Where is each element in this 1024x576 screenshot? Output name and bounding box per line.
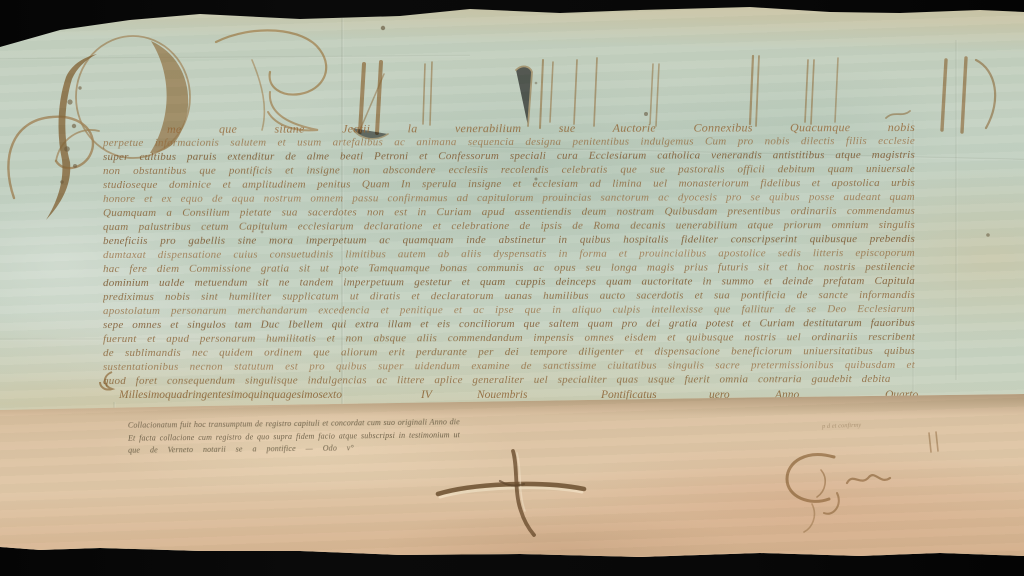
- vertical-crease: [955, 40, 958, 380]
- parchment-sheet: me que sitane Jeatii la venerabilium sue…: [0, 0, 1024, 576]
- photograph-of-charter: me que sitane Jeatii la venerabilium sue…: [0, 0, 1024, 576]
- script-line: quod foret consequendum singulisque indu…: [103, 372, 891, 388]
- dating-segment: IV: [421, 389, 432, 401]
- elongated-ascenders: [423, 56, 838, 128]
- horizontal-crease: [0, 54, 470, 60]
- ink-mottling: [60, 86, 82, 184]
- dating-segment: Nouembris: [477, 389, 527, 401]
- dating-segment: Millesimoquadringentesimoquinquagesimose…: [119, 389, 342, 401]
- plica-annotation-line: que de Verneto notarii se a pontifice — …: [128, 442, 354, 457]
- plica-annotation: Collacionatum fuit hoc transumptum de re…: [128, 416, 460, 457]
- main-text-block: me que sitane Jeatii la venerabilium sue…: [103, 121, 915, 387]
- cadel-swash-letter: [216, 30, 326, 130]
